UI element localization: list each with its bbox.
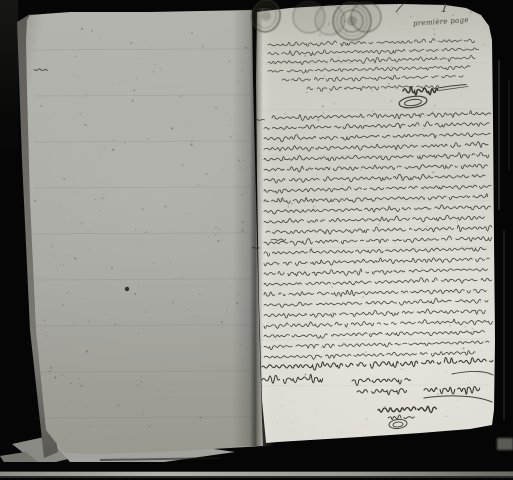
paper-speck [480,350,481,351]
body-line [264,330,485,339]
paper-speck [219,228,220,229]
paper-speck [136,78,137,79]
paper-speck [150,68,151,69]
paper-speck [391,100,393,102]
paper-speck [414,417,415,418]
paper-speck [69,255,70,256]
paper-speck [301,302,302,303]
body-line [264,141,488,152]
paper-speck [199,321,200,322]
paper-speck [436,253,437,254]
paper-speck [388,83,390,85]
ruled-line [34,417,251,418]
body-line [264,297,488,308]
paper-speck [433,28,435,30]
paper-speck [477,372,478,373]
paper-speck [51,246,52,247]
body-line [264,308,487,319]
paper-speck [206,173,208,175]
paper-speck [278,284,279,285]
paper-speck [434,105,435,106]
paper-speck [77,76,78,77]
opening-line [282,74,467,83]
paper-speck [123,404,124,405]
paper-speck [230,277,231,278]
paper-speck [199,293,201,295]
paper-speck [112,149,114,151]
paper-speck [271,122,272,123]
paper-speck [471,310,472,311]
paper-speck [79,378,80,379]
paper-speck [153,71,154,72]
paper-speck [335,81,337,83]
paper-speck [62,374,63,375]
paper-speck [394,189,395,190]
paper-speck [150,46,151,47]
body-line [264,341,489,350]
ruled-line [34,141,251,142]
paper-speck [390,66,392,68]
paper-speck [331,286,333,288]
paper-speck [230,136,232,138]
paper-speck [88,230,89,231]
paper-speck [228,60,230,62]
paper-speck [463,275,464,276]
paper-speck [372,110,374,112]
paper-speck [171,127,173,129]
ruled-line [34,233,251,234]
paper-speck [119,364,120,365]
paper-speck [221,321,223,323]
paper-speck [212,36,213,37]
paper-speck [483,161,484,162]
paper-speck [134,293,136,295]
paper-speck [243,160,245,162]
paper-speck [236,180,237,181]
paper-speck [73,323,74,324]
paper-speck [104,147,106,149]
paper-speck [184,285,185,286]
paper-speck [470,11,472,13]
ruled-line [34,325,251,326]
paper-speck [86,299,87,300]
paper-speck [316,175,317,176]
paper-speck [74,257,76,259]
paper-speck [437,393,439,395]
paper-speck [208,226,209,227]
paraph-flourish [398,95,427,110]
paper-speck [366,419,367,420]
paper-speck [394,240,396,242]
paper-speck [346,31,347,32]
paper-speck [240,344,241,345]
paper-speck [458,400,459,401]
paper-speck [335,31,337,33]
stamp-center [261,11,271,21]
paper-speck [62,304,64,306]
paper-speck [404,324,405,325]
paper-speck [165,58,166,59]
paper-speck [391,270,393,272]
paper-speck [313,105,314,106]
paper-specks [32,11,488,438]
paper-speck [280,405,281,406]
paper-speck [141,376,142,377]
paper-speck [119,404,121,406]
paper-speck [469,382,470,383]
paper-speck [349,62,351,64]
paper-speck [296,21,297,22]
paper-speck [391,282,393,284]
margin-mark [34,69,48,71]
paper-speck [464,301,466,303]
paper-speck [462,347,464,349]
paper-speck [241,61,243,63]
paper-speck [405,35,406,36]
paper-speck [306,91,308,93]
paper-speck [341,46,342,47]
paper-speck [89,382,90,383]
paper-speck [148,426,150,428]
page-number: 1 [440,2,448,16]
paper-speck [190,121,191,122]
paper-speck [76,88,77,89]
body-line [264,235,492,246]
paper-speck [95,276,96,277]
paper-speck [86,350,88,352]
paper-speck [328,23,330,25]
paper-speck [137,243,138,244]
paper-speck [315,58,317,60]
body-line [264,318,492,329]
paper-speck [40,276,41,277]
body-line [264,194,491,205]
paper-speck [63,264,64,265]
paper-speck [274,146,275,147]
paper-speck [410,16,411,17]
paper-speck [85,406,86,407]
handwriting-layer [0,0,513,480]
paper-speck [117,405,119,407]
paper-speck [100,211,101,212]
paper-speck [403,270,404,271]
paper-speck [161,428,162,429]
paper-speck [99,157,100,158]
paper-speck [297,322,298,323]
paper-speck [80,113,81,114]
paper-speck [365,398,367,400]
paper-speck [284,113,286,115]
paper-speck [237,81,239,83]
paper-speck [114,323,116,325]
paper-speck [333,103,335,105]
paper-speck [216,109,217,110]
paper-speck [472,328,474,330]
paper-speck [242,221,244,223]
paper-speck [342,184,344,186]
paper-speck [456,220,458,222]
paper-speck [452,14,454,16]
paper-speck [142,209,144,211]
paper-speck [236,302,238,304]
paper-speck [461,146,462,147]
paper-speck [378,224,380,226]
paper-speck [339,105,340,106]
signature [388,415,414,420]
paper-speck [238,293,240,295]
paper-speck [132,100,134,102]
paper-speck [401,369,403,371]
paper-speck [314,411,316,413]
body-line [264,276,496,287]
paper-speck [43,319,45,321]
paper-speck [302,209,304,211]
paper-speck [130,42,132,44]
margin-mark [271,239,286,241]
opening-line [268,65,470,74]
paper-speck [384,406,385,407]
body-line [272,110,494,121]
paper-speck [274,123,275,124]
ruled-line [260,63,489,64]
ruled-line [34,371,251,372]
paper-speck [66,292,68,294]
paper-speck [34,297,35,298]
scanner-band-line [0,476,513,478]
paper-speck [383,98,385,100]
signature [357,388,407,395]
paper-speck [81,385,83,387]
paper-speck [91,30,93,32]
paper-speck [470,89,471,90]
paper-speck [140,381,142,383]
paper-speck [290,422,291,423]
paper-speck [70,383,72,385]
paper-speck [222,169,223,170]
paper-speck [82,18,83,19]
paper-speck [390,26,391,27]
paper-speck [214,288,215,289]
paper-speck [421,267,422,268]
paper-speck [348,127,350,129]
paper-speck [89,248,90,249]
paper-speck [154,64,155,65]
paper-speck [283,272,284,273]
paper-speck [424,54,426,56]
body-line [264,173,485,184]
paper-speck [402,176,404,178]
paper-speck [215,107,217,109]
paper-speck [34,200,36,202]
paper-speck [229,125,230,126]
ruled-line [34,49,251,50]
paper-speck [368,110,369,111]
paper-speck [81,28,83,30]
paper-speck [464,47,465,48]
paper-speck [298,370,299,371]
paper-speck [350,169,351,170]
ruled-line [260,201,489,202]
paper-speck [181,277,183,279]
paper-speck [371,90,372,91]
paper-speck [187,308,188,309]
paper-speck [378,333,380,335]
paper-speck [45,335,47,337]
paper-speck [190,144,192,146]
paper-speck [105,425,106,426]
paper-speck [367,73,368,74]
paper-speck [304,55,306,57]
paper-speck [338,271,339,272]
paper-speck [133,89,135,91]
ruled-line [34,279,251,280]
paper-speck [420,52,421,53]
paper-speck [92,28,93,29]
paper-speck [198,184,200,186]
paper-speck [93,284,94,285]
paper-speck [63,178,65,180]
page-edge-streak [503,230,505,420]
paper-speck [465,326,466,327]
paper-speck [164,205,166,207]
paper-speck [457,407,458,408]
ruled-lines [34,49,489,418]
paper-speck [215,234,217,236]
ruled-line [34,95,251,96]
paper-speck [365,351,367,353]
pen-flourish [396,2,405,12]
paper-speck [445,371,447,373]
paper-speck [77,192,78,193]
paper-speck [280,201,281,202]
paper-speck [317,119,319,121]
paper-speck [423,128,424,129]
paper-speck [87,231,88,232]
paper-speck [230,119,231,120]
paper-speck [363,425,364,426]
paper-speck [381,155,383,157]
paper-speck [86,94,87,95]
paper-speck [160,68,162,70]
body-line [264,256,489,267]
signature [262,374,323,384]
paper-speck [145,231,146,232]
ruled-line [260,247,489,248]
page-edge-streak [498,60,500,210]
ink-stamps [249,0,381,40]
paper-speck [182,164,184,166]
paper-speck [487,409,488,410]
paper-speck [451,107,452,108]
paper-speck [33,42,34,43]
paper-speck [360,169,361,170]
paper-speck [32,409,33,410]
body-line [264,204,491,214]
paraph-flourish [393,421,403,427]
paper-speck [47,265,48,266]
paper-speck [449,325,450,326]
paraph-flourish [389,419,408,430]
paper-speck [65,437,66,438]
paper-speck [324,75,326,77]
paper-speck [267,322,268,323]
paper-speck [193,315,194,316]
paper-speck [85,124,87,126]
paper-speck [40,105,42,107]
paper-speck [245,46,247,48]
paper-speck [236,378,237,379]
paper-speck [88,321,90,323]
body-line [264,131,490,143]
paper-speck [424,115,426,117]
paper-speck [113,140,114,141]
paper-speck [39,412,40,413]
paper-speck [337,256,338,257]
paper-speck [53,112,54,113]
handwritten-text [34,2,496,429]
paper-speck [38,271,39,272]
paper-speck [115,279,116,280]
paper-speck [424,189,425,190]
paper-speck [379,66,380,67]
ink-spot [125,287,129,291]
paper-speck [231,286,232,287]
body-line [264,152,489,163]
paper-speck [304,374,306,376]
paper-speck [321,347,322,348]
ruled-line [260,339,489,340]
pen-flourish [424,396,492,402]
paper-speck [287,16,288,17]
paper-speck [288,206,290,208]
paper-speck [323,112,325,114]
paper-speck [313,206,314,207]
paper-speck [370,333,372,335]
paper-speck [226,309,227,310]
paper-speck [413,99,415,101]
paper-speck [200,295,201,296]
paper-speck [434,33,436,35]
paper-speck [95,199,96,200]
paper-speck [217,240,219,242]
paper-speck [291,400,292,401]
paper-speck [191,140,193,142]
opening-line [268,46,479,56]
paper-speck [167,366,168,367]
paper-speck [397,110,399,112]
paper-speck [343,20,345,22]
paper-speck [319,34,321,36]
paper-speck [239,168,241,170]
paper-speck [294,314,295,315]
paper-speck [71,401,72,402]
paper-speck [135,328,136,329]
body-line [266,224,492,235]
paper-speck [332,312,334,314]
paper-speck [414,291,415,292]
body-line [264,214,485,225]
paper-speck [145,312,146,313]
body-line [264,120,489,131]
ruled-line [260,293,489,294]
paper-speck [483,44,485,46]
paper-speck [121,80,122,81]
paper-speck [173,391,175,393]
paper-speck [238,160,240,162]
paper-speck [396,281,398,283]
paper-speck [172,302,174,304]
paper-speck [118,83,119,84]
